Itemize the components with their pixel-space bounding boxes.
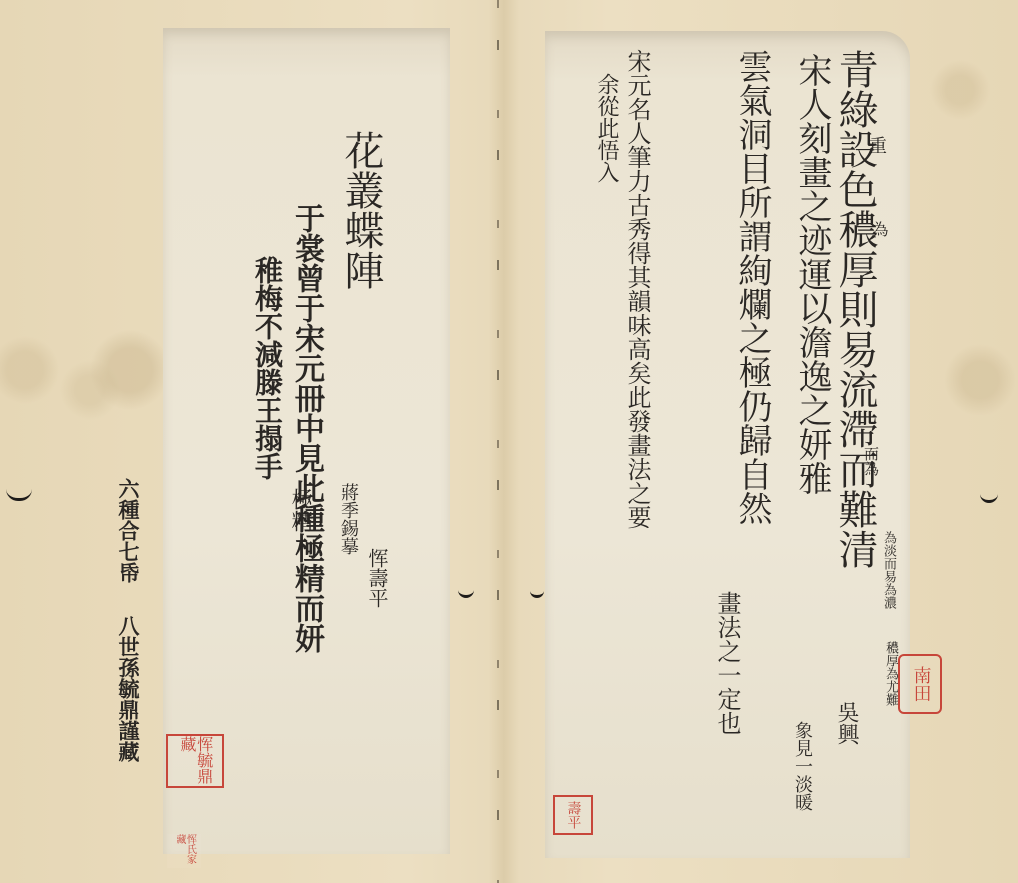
inscription-column-3: 雲氣洞目所謂絢爛之極仍歸自然 (735, 49, 769, 525)
inscription-column-5: 宋元名人筆力古秀得其韻味高矣此發畫法之要 (625, 49, 649, 529)
book-gutter (497, 0, 499, 883)
right-leaf: 青綠設色穠厚則易流滯而難清 宋人刻畫之迹運以澹逸之妍雅 雲氣洞目所謂絢爛之極仍歸… (545, 31, 910, 858)
inscription-column-4: 畫法之一定也 (715, 591, 739, 735)
inscription-column-4: 稚梅不減滕王搨手 (253, 256, 281, 480)
left-leaf: 花叢蝶陣 于裳曾于宋元冊中見此種極精而妍 稚梅不減滕王搨手 蔣季錫摹 恽壽平 極… (163, 28, 450, 854)
inscription-column-3: 恽壽平 (367, 548, 387, 608)
artist-seal-right: 南田 (898, 654, 942, 714)
inscription-column-2: 蔣季錫摹 (339, 483, 357, 555)
leaf-title: 花叢蝶陣 (341, 130, 381, 290)
binding-thread-center-right (530, 585, 544, 598)
annotation-nonghou: 穠厚為尤難 (884, 641, 897, 706)
inscription-column-1: 于裳曾于宋元冊中見此種極精而妍 (291, 203, 321, 653)
annotation-dan-nong: 為淡而易為濃 (882, 531, 895, 609)
inscription-annotation: 極精 (289, 488, 311, 532)
annotation-erwei: 而為 (863, 446, 878, 476)
artist-seal-bottom: 壽平 (553, 795, 593, 835)
collector-seal-large: 恽毓鼎藏 (166, 734, 224, 788)
inscription-column-2: 宋人刻畫之迹運以澹逸之妍雅 (795, 53, 829, 495)
annotation-wei: 為 (871, 221, 887, 237)
inscription-column-1: 青綠設色穠厚則易流滯而難清 (835, 49, 875, 569)
album-spread: 六種合七帋 八世孫毓鼎謹藏 花叢蝶陣 于裳曾于宋元冊中見此種極精而妍 稚梅不減滕… (0, 0, 1018, 883)
annotation-wuxing: 吳興 (835, 701, 857, 745)
inscription-column-6: 余從此悟入 (595, 73, 617, 183)
annotation-zhong: 重 (867, 136, 885, 154)
binding-thread-right (980, 490, 998, 503)
binding-thread-left (6, 488, 32, 501)
margin-inscription-line2: 八世孫毓鼎謹藏 (118, 615, 139, 762)
binding-thread-center-left (458, 585, 474, 598)
annotation-xiang: 象見一淡暖 (793, 721, 811, 811)
collector-seal-small: 恽氏家藏 (167, 834, 201, 868)
margin-inscription-line1: 六種合七帋 (118, 478, 139, 583)
